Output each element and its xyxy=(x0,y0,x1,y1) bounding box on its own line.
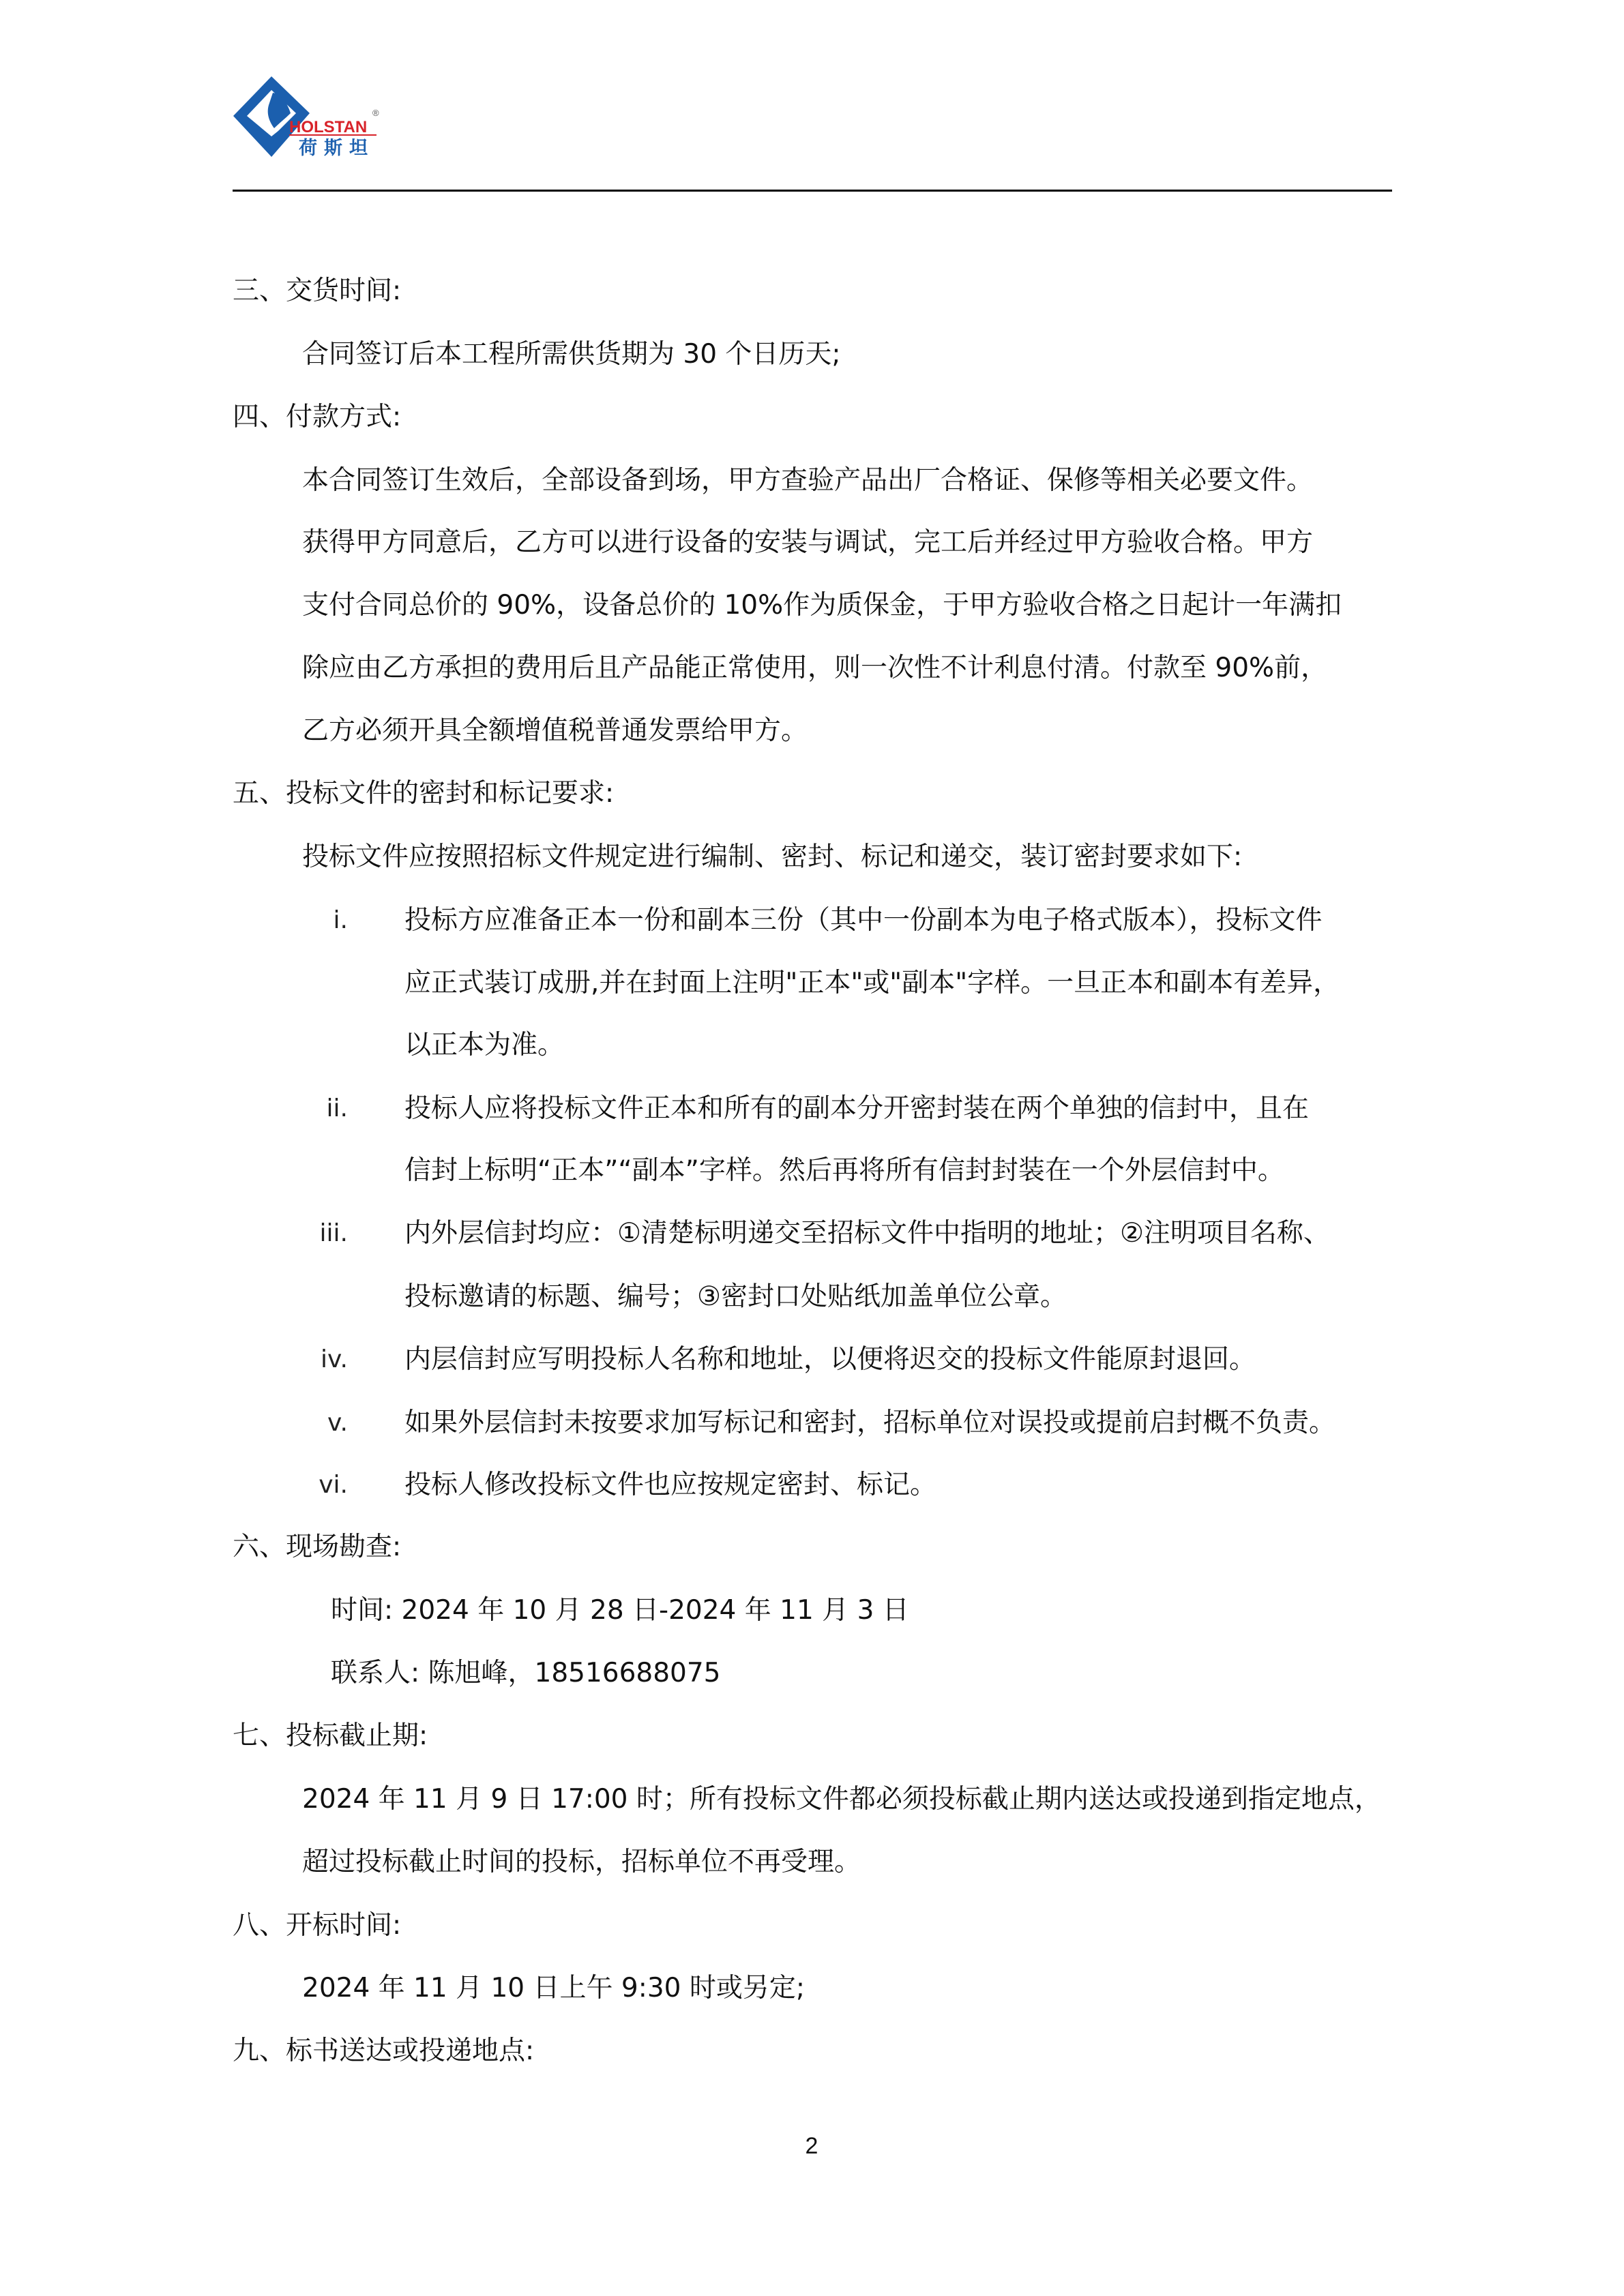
list-number: iii. xyxy=(286,1218,348,1249)
deadline-text-line: 2024 年 11 月 9 日 17:00 时；所有投标文件都必须投标截止期内送… xyxy=(302,1784,1381,1815)
list-item-text: 投标方应准备正本一份和副本三份（其中一份副本为电子格式版本），投标文件 xyxy=(404,905,1323,936)
list-item-text: 应正式装订成册,并在封面上注明"正本"或"副本"字样。一旦正本和副本有差异， xyxy=(404,968,1340,999)
list-number: iv. xyxy=(286,1344,348,1375)
list-item-text: 投标人应将投标文件正本和所有的副本分开密封装在两个单独的信封中，且在 xyxy=(404,1093,1309,1124)
list-item-text: 投标人修改投标文件也应按规定密封、标记。 xyxy=(404,1470,936,1501)
delivery-text: 合同签订后本工程所需供货期为 30 个日历天; xyxy=(302,339,841,370)
list-number: ii. xyxy=(286,1093,348,1124)
sealing-intro: 投标文件应按照招标文件规定进行编制、密封、标记和递交，装订密封要求如下: xyxy=(302,841,1242,873)
list-item-text: 内外层信封均应：①清楚标明递交至招标文件中指明的地址；②注明项目名称、 xyxy=(404,1218,1330,1249)
header-divider xyxy=(233,190,1392,192)
contact-value: 陈旭峰，18516688075 xyxy=(428,1658,721,1688)
list-item-text: 内层信封应写明投标人名称和地址，以便将迟交的投标文件能原封退回。 xyxy=(404,1344,1256,1375)
list-number: i. xyxy=(286,905,348,936)
section-heading-deadline: 七、投标截止期: xyxy=(233,1720,428,1752)
list-item-text: 信封上标明“正本”“副本”字样。然后再将所有信封封装在一个外层信封中。 xyxy=(404,1155,1284,1187)
time-value: 2024 年 10 月 28 日-2024 年 11 月 3 日 xyxy=(402,1595,909,1626)
page-number: 2 xyxy=(798,2133,825,2160)
site-visit-contact: 联系人: 陈旭峰，18516688075 xyxy=(331,1658,721,1689)
list-number: vi. xyxy=(286,1470,348,1501)
section-heading-sealing: 五、投标文件的密封和标记要求: xyxy=(233,778,614,809)
section-heading-site-visit: 六、现场勘查: xyxy=(233,1532,401,1563)
section-heading-payment: 四、付款方式: xyxy=(233,402,401,433)
company-logo: HOLSTAN ® 荷斯坦 xyxy=(231,74,387,160)
list-item-text: 投标邀请的标题、编号；③密封口处贴纸加盖单位公章。 xyxy=(404,1281,1067,1313)
contact-label: 联系人: xyxy=(331,1658,419,1688)
svg-text:®: ® xyxy=(372,108,379,118)
svg-text:荷斯坦: 荷斯坦 xyxy=(299,138,374,159)
list-item-text: 如果外层信封未按要求加写标记和密封，招标单位对误投或提前启封概不负责。 xyxy=(404,1407,1335,1439)
opening-text: 2024 年 11 月 10 日上午 9:30 时或另定; xyxy=(302,1973,805,2004)
payment-text-line: 获得甲方同意后，乙方可以进行设备的安装与调试，完工后并经过甲方验收合格。甲方 xyxy=(302,527,1313,558)
payment-text-line: 乙方必须开具全额增值税普通发票给甲方。 xyxy=(302,715,808,747)
deadline-text-line: 超过投标截止时间的投标，招标单位不再受理。 xyxy=(302,1847,861,1878)
section-heading-opening: 八、开标时间: xyxy=(233,1910,401,1941)
list-item-text: 以正本为准。 xyxy=(404,1030,564,1061)
payment-text-line: 除应由乙方承担的费用后且产品能正常使用，则一次性不计利息付清。付款至 90%前， xyxy=(302,653,1327,684)
payment-text-line: 本合同签订生效后，全部设备到场，甲方查验产品出厂合格证、保修等相关必要文件。 xyxy=(302,465,1313,496)
list-number: v. xyxy=(286,1407,348,1439)
svg-text:HOLSTAN: HOLSTAN xyxy=(289,118,367,136)
section-heading-delivery-address: 九、标书送达或投递地点: xyxy=(233,2036,534,2067)
site-visit-time: 时间: 2024 年 10 月 28 日-2024 年 11 月 3 日 xyxy=(331,1595,909,1626)
holstan-cow-logo-icon: HOLSTAN ® 荷斯坦 xyxy=(231,74,387,160)
time-label: 时间: xyxy=(331,1595,393,1626)
section-heading-delivery: 三、交货时间: xyxy=(233,275,401,307)
payment-text-line: 支付合同总价的 90%，设备总价的 10%作为质保金，于甲方验收合格之日起计一年… xyxy=(302,590,1342,621)
